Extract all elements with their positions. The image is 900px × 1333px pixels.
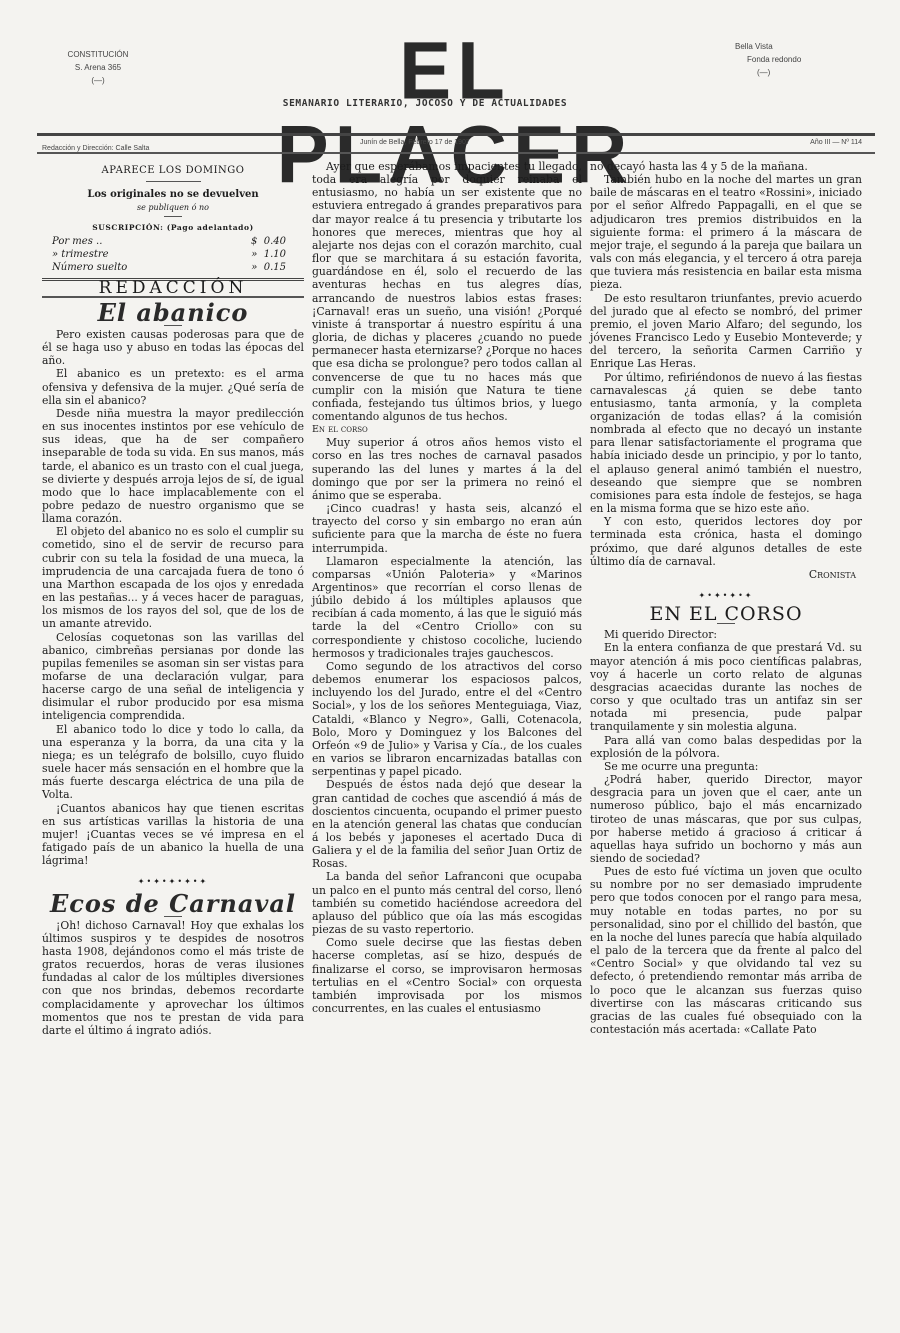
header-rule-top xyxy=(37,133,875,136)
ear-right-line: Bella Vista xyxy=(735,40,815,53)
price-row: Por mes .. $ 0.40 xyxy=(42,235,304,248)
divider xyxy=(164,216,182,217)
article-title-en-el-corso: EN EL CORSO xyxy=(590,608,862,621)
originals-subnotice: se publiquen ó no xyxy=(42,201,304,214)
masthead: CONSTITUCIÓN S. Arena 365 (—) EL PLACER … xyxy=(30,20,875,125)
article-paragraph: Celosías coquetonas son las varillas del… xyxy=(42,631,304,723)
article-paragraph: De esto resultaron triunfantes, previo a… xyxy=(590,292,862,371)
article-paragraph: ¡Oh! dichoso Carnaval! Hoy que exhalas l… xyxy=(42,919,304,1037)
column-2: Ayer que esperábamos impacientes tu lleg… xyxy=(312,160,582,1015)
article-paragraph: Desde niña muestra la mayor predilección… xyxy=(42,407,304,525)
ornament-divider: ✦•✦•✦•✦ xyxy=(590,589,862,602)
article-paragraph: El abanico todo lo dice y todo lo calla,… xyxy=(42,723,304,802)
article-paragraph: Como segundo de los atractivos del corso… xyxy=(312,660,582,778)
price-label: Por mes .. xyxy=(42,235,102,248)
appears-notice: APARECE LOS DOMINGO xyxy=(42,164,304,177)
divider xyxy=(146,181,201,182)
ear-left-line: CONSTITUCIÓN xyxy=(58,48,138,61)
article-paragraph: ¿Podrá haber, querido Director, mayor de… xyxy=(590,773,862,865)
article-paragraph: ¡Cinco cuadras! y hasta seis, alcanzó el… xyxy=(312,502,582,555)
article-paragraph: Pues de esto fué víctima un joven que oc… xyxy=(590,865,862,1036)
issue-infobar: Redacción y Dirección: Calle Salta Junín… xyxy=(42,137,872,151)
article-paragraph: Ayer que esperábamos impacientes tu lleg… xyxy=(312,160,582,423)
article-paragraph: Después de éstos nada dejó que desear la… xyxy=(312,778,582,870)
article-paragraph: no decayó hasta las 4 y 5 de la mañana. xyxy=(590,160,862,173)
price-label: Número suelto xyxy=(42,261,127,274)
price-row: Número suelto » 0.15 xyxy=(42,261,304,274)
column-1: APARECE LOS DOMINGO Los originales no se… xyxy=(42,160,304,1037)
article-paragraph: Para allá van como balas despedidas por … xyxy=(590,734,862,760)
column-3: no decayó hasta las 4 y 5 de la mañana. … xyxy=(590,160,862,1036)
price-sign: $ xyxy=(251,236,257,247)
article-paragraph: El objeto del abanico no es solo el cump… xyxy=(42,525,304,630)
article-paragraph: Muy superior á otros años hemos visto el… xyxy=(312,436,582,502)
price-row: » trimestre » 1.10 xyxy=(42,248,304,261)
infobar-issue: Año III — Nº 114 xyxy=(810,139,862,146)
newspaper-page: CONSTITUCIÓN S. Arena 365 (—) EL PLACER … xyxy=(0,0,900,1333)
ornament-divider: ✦•✦•✦•✦•✦ xyxy=(42,875,304,888)
price-value: 0.40 xyxy=(264,236,286,247)
section-title-redaccion: REDACCIÓN xyxy=(42,282,304,295)
price-sign: » xyxy=(251,262,257,273)
infobar-date: Junín de Bella, Febrero 17 de 1907 xyxy=(360,139,470,146)
article-paragraph: El abanico es un pretexto: es el arma of… xyxy=(42,367,304,406)
newspaper-subtitle: SEMANARIO LITERARIO, JOCOSO Y DE ACTUALI… xyxy=(220,98,630,109)
article-paragraph: Se me ocurre una pregunta: xyxy=(590,760,862,773)
price-value: 0.15 xyxy=(264,262,286,273)
article-paragraph: Por último, refiriéndonos de nuevo á las… xyxy=(590,371,862,516)
masthead-ear-left: CONSTITUCIÓN S. Arena 365 (—) xyxy=(58,48,138,87)
price-label: » trimestre xyxy=(42,248,109,261)
article-paragraph: En la entera confianza de que prestará V… xyxy=(590,641,862,733)
letter-salutation: Mi querido Director: xyxy=(590,628,862,641)
article-paragraph: ¡Cuantos abanicos hay que tienen escrita… xyxy=(42,802,304,868)
article-paragraph: También hubo en la noche del martes un g… xyxy=(590,173,862,291)
originals-notice: Los originales no se devuelven xyxy=(42,188,304,201)
price-value: 1.10 xyxy=(264,249,286,260)
masthead-ear-right: Bella Vista Fonda redondo (—) xyxy=(735,40,815,79)
header-rule-bottom xyxy=(37,152,875,154)
article-title-ecos: Ecos de Carnaval xyxy=(42,897,304,910)
article-paragraph: Como suele decirse que las fiestas deben… xyxy=(312,936,582,1015)
article-paragraph: La banda del señor Lafranconi que ocupab… xyxy=(312,870,582,936)
article-paragraph: Llamaron especialmente la atención, las … xyxy=(312,555,582,660)
ear-left-line: (—) xyxy=(58,74,138,87)
article-paragraph: Pero existen causas poderosas para que d… xyxy=(42,328,304,367)
ear-left-line: S. Arena 365 xyxy=(58,61,138,74)
ear-right-line: (—) xyxy=(735,66,815,79)
subscription-heading: SUSCRIPCIÓN: (Pago adelantado) xyxy=(42,221,304,234)
price-sign: » xyxy=(251,249,257,260)
infobar-left: Redacción y Dirección: Calle Salta xyxy=(42,145,149,152)
article-paragraph: Y con esto, queridos lectores doy por te… xyxy=(590,515,862,568)
article-title-abanico: El abanico xyxy=(42,306,304,319)
subsection-label: En el corso xyxy=(312,423,582,436)
article-signature: Cronista xyxy=(590,568,862,581)
ear-right-line: Fonda redondo xyxy=(735,53,815,66)
